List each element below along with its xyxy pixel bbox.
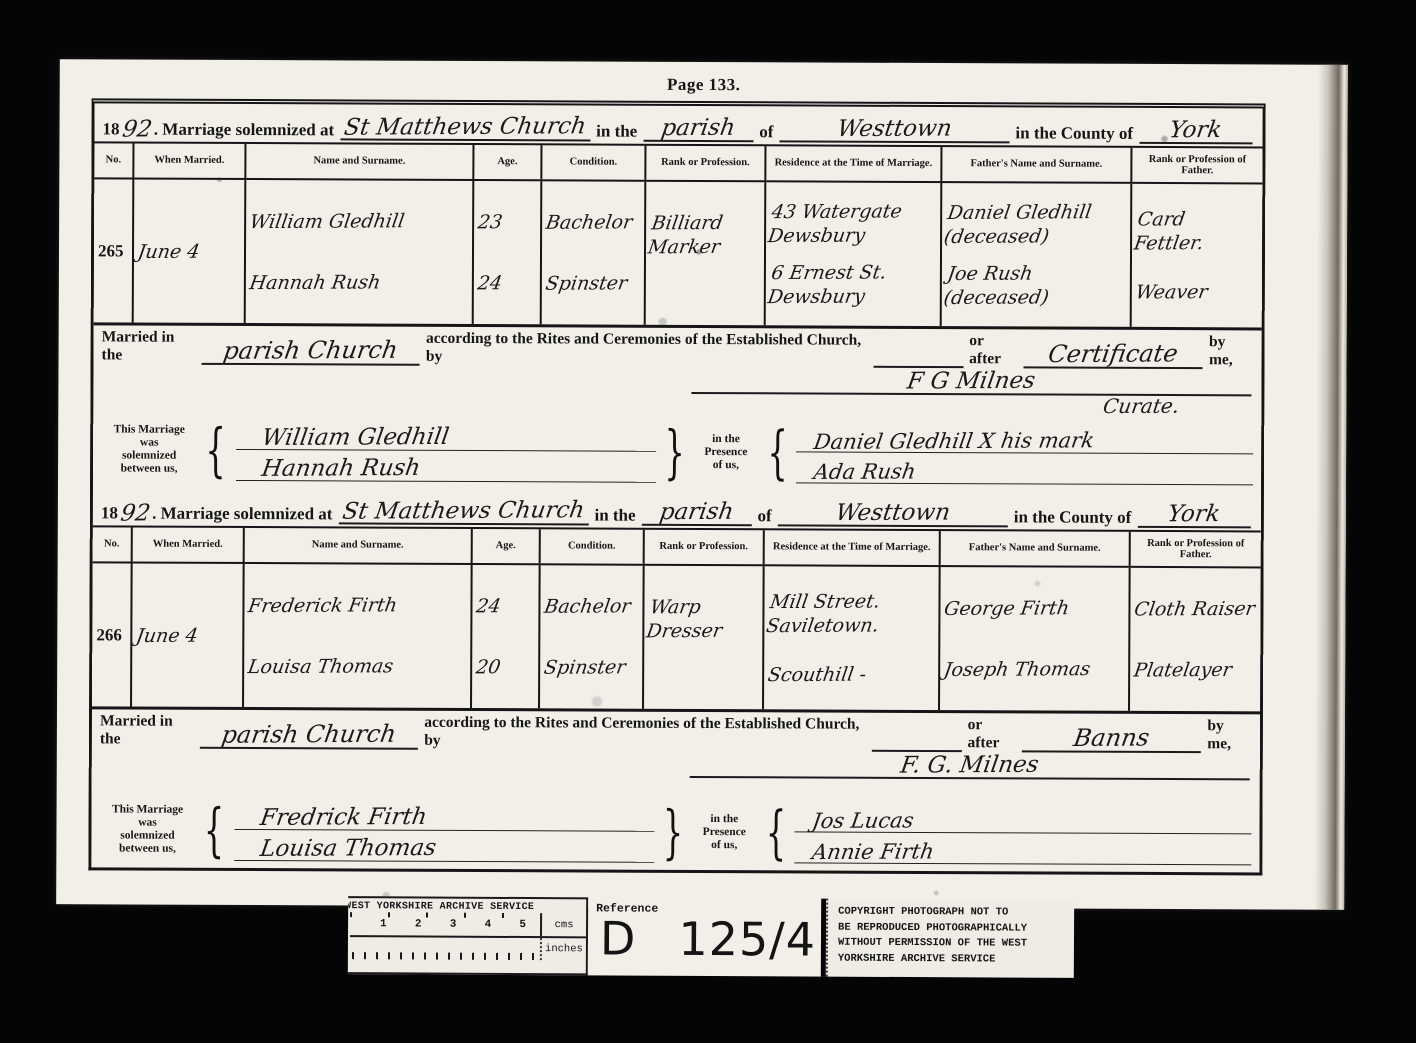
bride-name: Louisa Thomas bbox=[246, 654, 468, 679]
reference-value: D 125/4 bbox=[596, 915, 813, 962]
county-label: in the County of bbox=[1015, 123, 1133, 144]
of-label: of bbox=[759, 122, 773, 142]
rites-section: Married in the parish Church according t… bbox=[92, 709, 1260, 798]
col-name-surname: Name and Surname. bbox=[243, 528, 471, 563]
by-me-label: by me, bbox=[1207, 717, 1250, 753]
inch-ruler: inches bbox=[350, 937, 586, 960]
in-the-label: in the bbox=[594, 506, 635, 526]
fathers-cell: Daniel Gledhill (deceased) Joe Rush (dec… bbox=[940, 183, 1131, 327]
father-professions-cell: Cloth Raiser Platelayer bbox=[1128, 568, 1261, 712]
record-number: 265 bbox=[94, 179, 133, 322]
groom-signature: Fredrick Firth bbox=[258, 805, 428, 830]
groom-father: Daniel Gledhill (deceased) bbox=[942, 200, 1130, 249]
or-after-handwritten: Banns bbox=[1022, 728, 1201, 753]
col-name-surname: Name and Surname. bbox=[244, 144, 472, 179]
col-no: No. bbox=[93, 527, 131, 561]
page-gutter-shadow bbox=[1314, 65, 1348, 910]
year-handwritten: 92 bbox=[119, 503, 151, 523]
bride-father-profession: Platelayer bbox=[1132, 658, 1258, 683]
cm-scale-ticks: 1 2 3 4 5 bbox=[350, 912, 540, 936]
col-condition: Condition. bbox=[540, 145, 644, 179]
groom-name: Frederick Firth bbox=[246, 593, 468, 618]
col-rank-profession: Rank or Profession. bbox=[644, 146, 764, 181]
year-handwritten: 92 bbox=[121, 119, 153, 139]
bride-signature: Hannah Rush bbox=[260, 456, 422, 481]
column-headers: No. When Married. Name and Surname. Age.… bbox=[93, 527, 1261, 568]
brace-left-2: { bbox=[767, 427, 788, 477]
conditions-cell: Bachelor Spinster bbox=[538, 565, 643, 708]
or-after-label: or after bbox=[969, 332, 1018, 368]
groom-age: 24 bbox=[475, 594, 537, 618]
col-when-married: When Married. bbox=[132, 144, 244, 178]
groom-condition: Bachelor bbox=[544, 210, 642, 235]
bride-profession bbox=[648, 680, 758, 681]
inch-scale-ticks bbox=[350, 937, 540, 960]
in-the-label: in the bbox=[596, 122, 637, 142]
couple-signatures: William Gledhill Hannah Rush bbox=[236, 419, 656, 483]
bride-father-profession: Weaver bbox=[1134, 280, 1260, 305]
archive-footer-strip: WEST YORKSHIRE ARCHIVE SERVICE 1 2 3 4 5… bbox=[348, 896, 1074, 978]
marriage-register-table: 1892. Marriage solemnized at St Matthews… bbox=[88, 98, 1265, 875]
groom-condition: Bachelor bbox=[543, 594, 641, 619]
officiant-signature: F G Milnes bbox=[691, 369, 1251, 396]
residences-cell: Mill Street. Saviletown. Scouthill - bbox=[762, 566, 939, 710]
by-me-label: by me, bbox=[1209, 333, 1252, 369]
professions-cell: Billiard Marker bbox=[644, 182, 765, 326]
married-in-handwritten: parish Church bbox=[202, 341, 420, 366]
bride-residence: Scouthill - bbox=[766, 662, 936, 687]
col-father-profession: Rank or Profession of Father. bbox=[1129, 532, 1261, 567]
record-row: 266 June 4 Frederick Firth Louisa Thomas… bbox=[92, 563, 1261, 714]
brace-right: } bbox=[664, 427, 685, 477]
brace-left-2: { bbox=[765, 807, 786, 857]
groom-father-profession: Card Fettler. bbox=[1132, 207, 1262, 256]
groom-profession: Warp Dresser bbox=[645, 594, 762, 643]
groom-father-profession: Cloth Raiser bbox=[1133, 597, 1259, 622]
solemnized-section: This Marriage was solemnized between us,… bbox=[91, 793, 1259, 872]
witness-1-signature: Jos Lucas bbox=[810, 809, 915, 832]
by-blank bbox=[871, 734, 961, 752]
column-headers: No. When Married. Name and Surname. Age.… bbox=[94, 143, 1262, 184]
witness-1-signature: Daniel Gledhill X his mark bbox=[812, 429, 1095, 453]
cms-unit-label: cms bbox=[540, 913, 586, 936]
church-name-handwritten: St Matthews Church bbox=[338, 500, 588, 525]
solemnized-at-label: . Marriage solemnized at bbox=[154, 120, 334, 141]
or-after-label: or after bbox=[967, 716, 1016, 752]
parish-word-handwritten: parish bbox=[642, 502, 752, 526]
col-condition: Condition. bbox=[539, 529, 643, 563]
year-printed: 18 bbox=[101, 503, 118, 523]
entry-header: 1892. Marriage solemnized at St Matthews… bbox=[93, 487, 1261, 532]
names-cell: Frederick Firth Louisa Thomas bbox=[242, 564, 471, 708]
this-marriage-label: This Marriage was solemnized between us, bbox=[99, 803, 195, 855]
fathers-cell: George Firth Joseph Thomas bbox=[938, 567, 1129, 711]
entry-header: 1892. Marriage solemnized at St Matthews… bbox=[94, 103, 1262, 148]
col-when-married: When Married. bbox=[131, 528, 243, 562]
county-handwritten: York bbox=[1139, 120, 1253, 144]
church-name-handwritten: St Matthews Church bbox=[340, 116, 590, 141]
when-married-cell: June 4 bbox=[130, 564, 243, 707]
married-in-label: Married in the bbox=[102, 328, 196, 364]
when-married-cell: June 4 bbox=[132, 180, 245, 323]
col-rank-profession: Rank or Profession. bbox=[643, 530, 763, 565]
presence-label: in the Presence of us, bbox=[695, 432, 757, 471]
presence-label: in the Presence of us, bbox=[693, 812, 755, 851]
ages-cell: 24 20 bbox=[470, 565, 539, 708]
col-residence: Residence at the Time of Marriage. bbox=[764, 146, 940, 181]
residences-cell: 43 Watergate Dewsbury 6 Ernest St. Dewsb… bbox=[764, 182, 941, 326]
rites-label: according to the Rites and Ceremonies of… bbox=[424, 714, 865, 752]
witness-2-signature: Annie Firth bbox=[810, 840, 935, 863]
officiant-signature: F. G. Milnes bbox=[690, 753, 1250, 780]
page-number: Page 133. bbox=[60, 59, 1348, 98]
county-handwritten: York bbox=[1137, 504, 1251, 528]
brace-left: { bbox=[205, 425, 226, 475]
ages-cell: 23 24 bbox=[472, 181, 541, 324]
bride-name: Hannah Rush bbox=[248, 270, 470, 295]
rites-section: Married in the parish Church according t… bbox=[93, 325, 1261, 418]
names-cell: William Gledhill Hannah Rush bbox=[244, 180, 473, 324]
reference-box: Reference D 125/4 bbox=[588, 897, 826, 976]
col-father-name: Father's Name and Surname. bbox=[940, 147, 1130, 182]
col-father-profession: Rank or Profession of Father. bbox=[1130, 148, 1262, 183]
county-label: in the County of bbox=[1014, 507, 1132, 528]
professions-cell: Warp Dresser bbox=[642, 566, 763, 710]
copyright-notice: COPYRIGHT PHOTOGRAPH NOT TO BE REPRODUCE… bbox=[826, 899, 1074, 978]
witness-signatures: Jos Lucas Annie Firth bbox=[794, 801, 1252, 865]
married-in-label: Married in the bbox=[100, 712, 194, 748]
bride-father: Joseph Thomas bbox=[942, 657, 1126, 682]
bride-condition: Spinster bbox=[542, 655, 640, 680]
groom-signature: William Gledhill bbox=[260, 425, 450, 450]
bride-condition: Spinster bbox=[544, 271, 642, 296]
father-professions-cell: Card Fettler. Weaver bbox=[1130, 184, 1263, 328]
inches-unit-label: inches bbox=[540, 938, 586, 960]
bride-age: 20 bbox=[474, 655, 536, 679]
parish-name-handwritten: Westtown bbox=[778, 502, 1008, 527]
couple-signatures: Fredrick Firth Louisa Thomas bbox=[234, 799, 654, 863]
col-residence: Residence at the Time of Marriage. bbox=[763, 530, 939, 565]
of-label: of bbox=[758, 506, 772, 526]
col-age: Age. bbox=[471, 529, 539, 563]
rites-label: according to the Rites and Ceremonies of… bbox=[426, 330, 867, 368]
scale-ruler: WEST YORKSHIRE ARCHIVE SERVICE 1 2 3 4 5… bbox=[348, 896, 588, 975]
bride-residence: 6 Ernest St. Dewsbury bbox=[766, 260, 940, 309]
by-blank bbox=[873, 350, 963, 368]
brace-left: { bbox=[204, 805, 225, 855]
col-father-name: Father's Name and Surname. bbox=[939, 531, 1129, 566]
bride-profession bbox=[650, 296, 760, 297]
bride-age: 24 bbox=[476, 271, 538, 295]
groom-residence: Mill Street. Saviletown. bbox=[765, 589, 939, 638]
col-no: No. bbox=[94, 143, 132, 177]
parish-name-handwritten: Westtown bbox=[779, 118, 1009, 143]
marriage-record-266: 1892. Marriage solemnized at St Matthews… bbox=[91, 487, 1261, 872]
bride-signature: Louisa Thomas bbox=[258, 836, 437, 861]
bride-father: Joe Rush (deceased) bbox=[942, 261, 1130, 310]
conditions-cell: Bachelor Spinster bbox=[540, 181, 645, 324]
parish-word-handwritten: parish bbox=[643, 118, 753, 142]
solemnized-section: This Marriage was solemnized between us,… bbox=[93, 413, 1261, 492]
solemnized-at-label: . Marriage solemnized at bbox=[152, 504, 332, 525]
groom-name: William Gledhill bbox=[248, 209, 470, 234]
groom-profession: Billiard Marker bbox=[646, 210, 763, 259]
record-number: 266 bbox=[92, 563, 131, 706]
witness-signatures: Daniel Gledhill X his mark Ada Rush bbox=[796, 421, 1254, 485]
married-in-handwritten: parish Church bbox=[200, 725, 418, 750]
officiant-title: Curate. bbox=[1102, 396, 1181, 416]
col-age: Age. bbox=[472, 145, 540, 179]
witness-2-signature: Ada Rush bbox=[812, 460, 917, 483]
cm-ruler: 1 2 3 4 5 cms bbox=[350, 912, 586, 938]
register-page-scan: Page 133. 1892. Marriage solemnized at S… bbox=[56, 59, 1348, 910]
groom-residence: 43 Watergate Dewsbury bbox=[766, 199, 940, 248]
groom-age: 23 bbox=[476, 210, 538, 234]
groom-father: George Firth bbox=[942, 596, 1126, 621]
record-row: 265 June 4 William Gledhill Hannah Rush … bbox=[94, 179, 1263, 330]
this-marriage-label: This Marriage was solemnized between us, bbox=[101, 423, 197, 475]
year-printed: 18 bbox=[103, 119, 120, 139]
marriage-record-265: 1892. Marriage solemnized at St Matthews… bbox=[93, 103, 1263, 492]
brace-right: } bbox=[663, 807, 684, 857]
or-after-handwritten: Certificate bbox=[1024, 344, 1203, 369]
